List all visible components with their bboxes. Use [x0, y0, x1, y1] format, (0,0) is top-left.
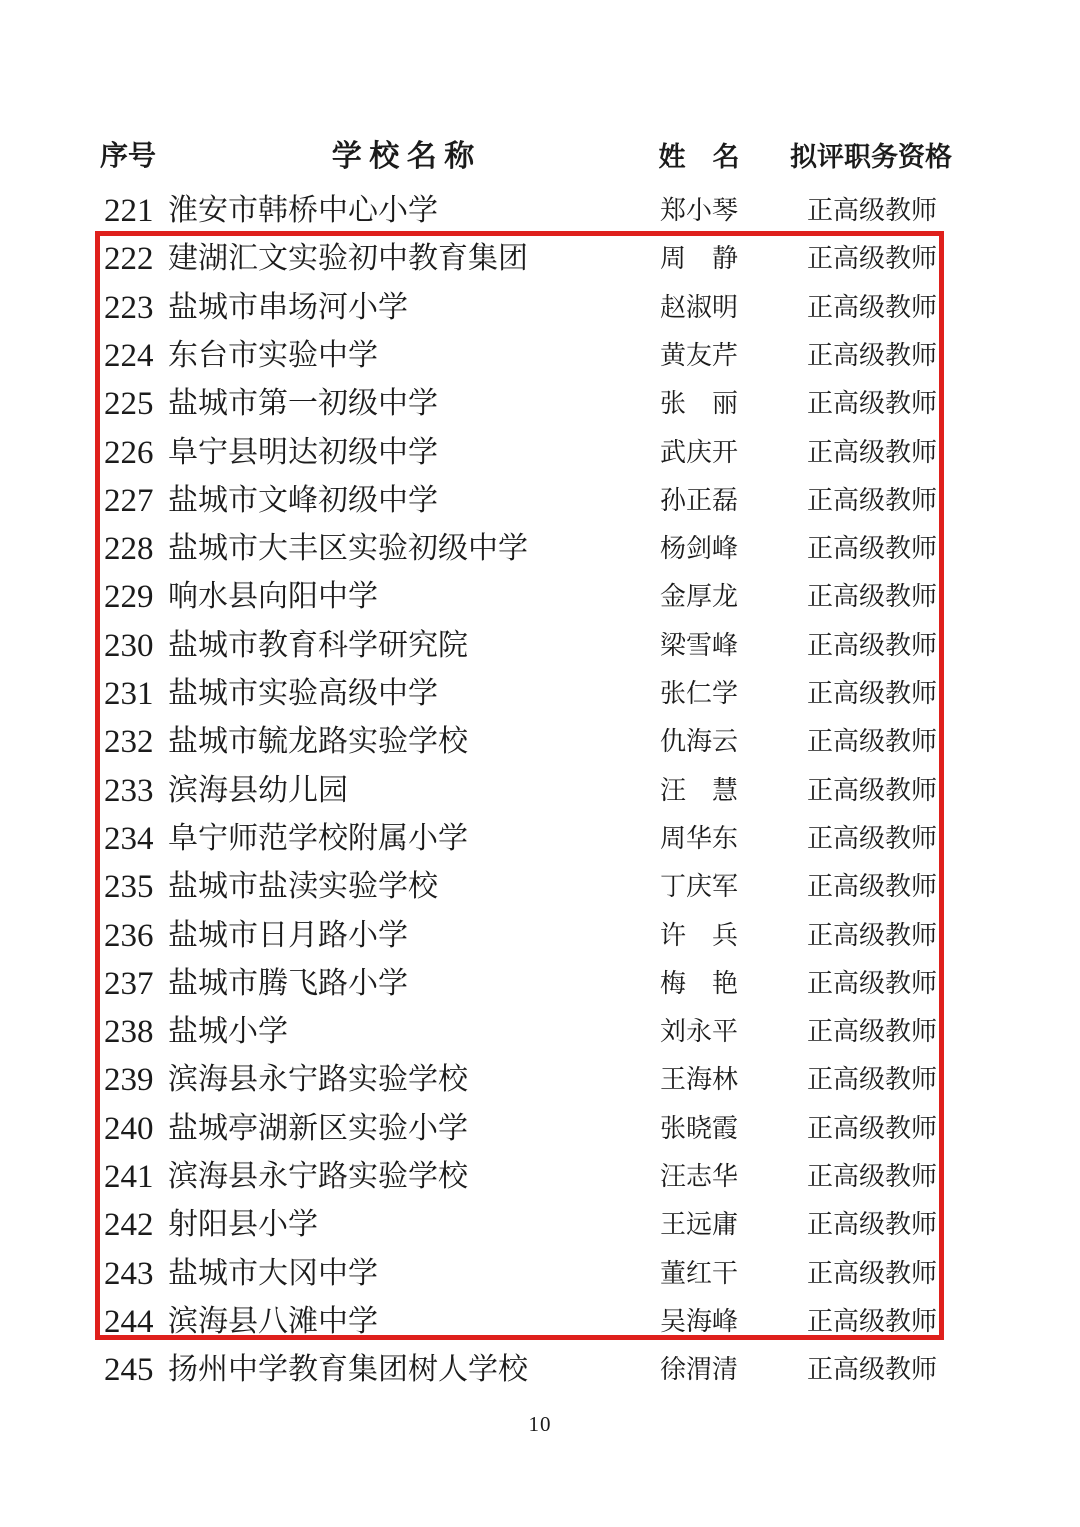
table-row: 234阜宁师范学校附属小学周华东正高级教师	[0, 815, 1080, 863]
table-row: 228盐城市大丰区实验初级中学杨剑峰正高级教师	[0, 525, 1080, 573]
person-name: 汪志华	[646, 1153, 752, 1201]
column-header-qualification: 拟评职务资格	[790, 132, 948, 182]
table-row: 239滨海县永宁路实验学校王海林正高级教师	[0, 1056, 1080, 1104]
serial-number: 233	[104, 767, 154, 815]
school-name: 射阳县小学	[168, 1201, 318, 1249]
person-name: 梁雪峰	[646, 622, 752, 670]
serial-number: 238	[104, 1008, 154, 1056]
person-name: 董红干	[646, 1250, 752, 1298]
serial-number: 230	[104, 622, 154, 670]
school-name: 滨海县八滩中学	[168, 1298, 378, 1346]
serial-number: 225	[104, 380, 154, 428]
person-name: 梅 艳	[646, 960, 752, 1008]
table-row: 243盐城市大冈中学董红干正高级教师	[0, 1250, 1080, 1298]
person-name: 汪 慧	[646, 767, 752, 815]
school-name: 盐城小学	[168, 1008, 288, 1056]
page-number: 10	[0, 1412, 1080, 1437]
column-header-school: 学 校 名 称	[298, 132, 508, 182]
school-name: 盐城市日月路小学	[168, 912, 408, 960]
qualification: 正高级教师	[800, 429, 944, 477]
serial-number: 244	[104, 1298, 154, 1346]
person-name: 仇海云	[646, 718, 752, 766]
person-name: 丁庆军	[646, 863, 752, 911]
school-name: 盐城市文峰初级中学	[168, 477, 438, 525]
qualification: 正高级教师	[800, 1153, 944, 1201]
qualification: 正高级教师	[800, 1056, 944, 1104]
table-row: 227盐城市文峰初级中学孙正磊正高级教师	[0, 477, 1080, 525]
person-name: 张 丽	[646, 380, 752, 428]
serial-number: 237	[104, 960, 154, 1008]
serial-number: 242	[104, 1201, 154, 1249]
qualification: 正高级教师	[800, 1201, 944, 1249]
table-row: 231盐城市实验高级中学张仁学正高级教师	[0, 670, 1080, 718]
person-name: 徐渭清	[646, 1346, 752, 1394]
qualification: 正高级教师	[800, 718, 944, 766]
school-name: 建湖汇文实验初中教育集团	[168, 235, 528, 283]
serial-number: 222	[104, 235, 154, 283]
serial-number: 243	[104, 1250, 154, 1298]
qualification: 正高级教师	[800, 573, 944, 621]
qualification: 正高级教师	[800, 235, 944, 283]
person-name: 张仁学	[646, 670, 752, 718]
serial-number: 221	[104, 187, 154, 235]
person-name: 周 静	[646, 235, 752, 283]
serial-number: 234	[104, 815, 154, 863]
qualification: 正高级教师	[800, 332, 944, 380]
table-row: 223盐城市串场河小学赵淑明正高级教师	[0, 284, 1080, 332]
school-name: 盐城市实验高级中学	[168, 670, 438, 718]
person-name: 张晓霞	[646, 1105, 752, 1153]
school-name: 盐城市大丰区实验初级中学	[168, 525, 528, 573]
person-name: 孙正磊	[646, 477, 752, 525]
person-name: 赵淑明	[646, 284, 752, 332]
serial-number: 228	[104, 525, 154, 573]
table-row: 233滨海县幼儿园汪 慧正高级教师	[0, 767, 1080, 815]
person-name: 黄友芹	[646, 332, 752, 380]
person-name: 吴海峰	[646, 1298, 752, 1346]
table-row: 245扬州中学教育集团树人学校徐渭清正高级教师	[0, 1346, 1080, 1394]
qualification: 正高级教师	[800, 1298, 944, 1346]
person-name: 金厚龙	[646, 573, 752, 621]
person-name: 杨剑峰	[646, 525, 752, 573]
school-name: 扬州中学教育集团树人学校	[168, 1346, 528, 1394]
qualification: 正高级教师	[800, 525, 944, 573]
school-name: 盐城市腾飞路小学	[168, 960, 408, 1008]
school-name: 滨海县幼儿园	[168, 767, 348, 815]
qualification: 正高级教师	[800, 670, 944, 718]
qualification: 正高级教师	[800, 477, 944, 525]
school-name: 盐城市大冈中学	[168, 1250, 378, 1298]
serial-number: 236	[104, 912, 154, 960]
school-name: 淮安市韩桥中心小学	[168, 187, 438, 235]
table-row: 225盐城市第一初级中学张 丽正高级教师	[0, 380, 1080, 428]
serial-number: 227	[104, 477, 154, 525]
serial-number: 224	[104, 332, 154, 380]
school-name: 盐城市第一初级中学	[168, 380, 438, 428]
qualification: 正高级教师	[800, 284, 944, 332]
qualification: 正高级教师	[800, 1105, 944, 1153]
qualification: 正高级教师	[800, 622, 944, 670]
serial-number: 223	[104, 284, 154, 332]
serial-number: 241	[104, 1153, 154, 1201]
school-name: 阜宁师范学校附属小学	[168, 815, 468, 863]
serial-number: 226	[104, 429, 154, 477]
school-name: 盐城市毓龙路实验学校	[168, 718, 468, 766]
table-row: 241滨海县永宁路实验学校汪志华正高级教师	[0, 1153, 1080, 1201]
qualification: 正高级教师	[800, 1008, 944, 1056]
table-row: 224东台市实验中学黄友芹正高级教师	[0, 332, 1080, 380]
school-name: 盐城市教育科学研究院	[168, 622, 468, 670]
column-header-no: 序号	[100, 132, 156, 182]
qualification: 正高级教师	[800, 815, 944, 863]
person-name: 王远庸	[646, 1201, 752, 1249]
table-row: 236盐城市日月路小学许 兵正高级教师	[0, 912, 1080, 960]
school-name: 响水县向阳中学	[168, 573, 378, 621]
serial-number: 240	[104, 1105, 154, 1153]
person-name: 许 兵	[646, 912, 752, 960]
person-name: 周华东	[646, 815, 752, 863]
table-row: 244滨海县八滩中学吴海峰正高级教师	[0, 1298, 1080, 1346]
qualification: 正高级教师	[800, 960, 944, 1008]
person-name: 武庆开	[646, 429, 752, 477]
serial-number: 229	[104, 573, 154, 621]
serial-number: 231	[104, 670, 154, 718]
school-name: 盐城市串场河小学	[168, 284, 408, 332]
column-header-name: 姓 名	[640, 132, 758, 182]
table-row: 242射阳县小学王远庸正高级教师	[0, 1201, 1080, 1249]
table-row: 230盐城市教育科学研究院梁雪峰正高级教师	[0, 622, 1080, 670]
table-row: 226阜宁县明达初级中学武庆开正高级教师	[0, 429, 1080, 477]
person-name: 王海林	[646, 1056, 752, 1104]
document-page: 序号 学 校 名 称 姓 名 拟评职务资格 221淮安市韩桥中心小学郑小琴正高级…	[0, 0, 1080, 1527]
school-name: 滨海县永宁路实验学校	[168, 1056, 468, 1104]
table-row: 229响水县向阳中学金厚龙正高级教师	[0, 573, 1080, 621]
qualification: 正高级教师	[800, 187, 944, 235]
table-row: 238盐城小学刘永平正高级教师	[0, 1008, 1080, 1056]
table-row: 237盐城市腾飞路小学梅 艳正高级教师	[0, 960, 1080, 1008]
qualification: 正高级教师	[800, 1250, 944, 1298]
school-name: 阜宁县明达初级中学	[168, 429, 438, 477]
table-row: 222建湖汇文实验初中教育集团周 静正高级教师	[0, 235, 1080, 283]
table-row: 232盐城市毓龙路实验学校仇海云正高级教师	[0, 718, 1080, 766]
serial-number: 232	[104, 718, 154, 766]
person-name: 刘永平	[646, 1008, 752, 1056]
serial-number: 245	[104, 1346, 154, 1394]
serial-number: 239	[104, 1056, 154, 1104]
school-name: 东台市实验中学	[168, 332, 378, 380]
serial-number: 235	[104, 863, 154, 911]
qualification: 正高级教师	[800, 380, 944, 428]
table-row: 235盐城市盐渎实验学校丁庆军正高级教师	[0, 863, 1080, 911]
qualification: 正高级教师	[800, 912, 944, 960]
school-name: 盐城亭湖新区实验小学	[168, 1105, 468, 1153]
qualification: 正高级教师	[800, 863, 944, 911]
person-name: 郑小琴	[646, 187, 752, 235]
school-name: 盐城市盐渎实验学校	[168, 863, 438, 911]
table-row: 221淮安市韩桥中心小学郑小琴正高级教师	[0, 187, 1080, 235]
qualification: 正高级教师	[800, 1346, 944, 1394]
school-name: 滨海县永宁路实验学校	[168, 1153, 468, 1201]
qualification: 正高级教师	[800, 767, 944, 815]
table-row: 240盐城亭湖新区实验小学张晓霞正高级教师	[0, 1105, 1080, 1153]
